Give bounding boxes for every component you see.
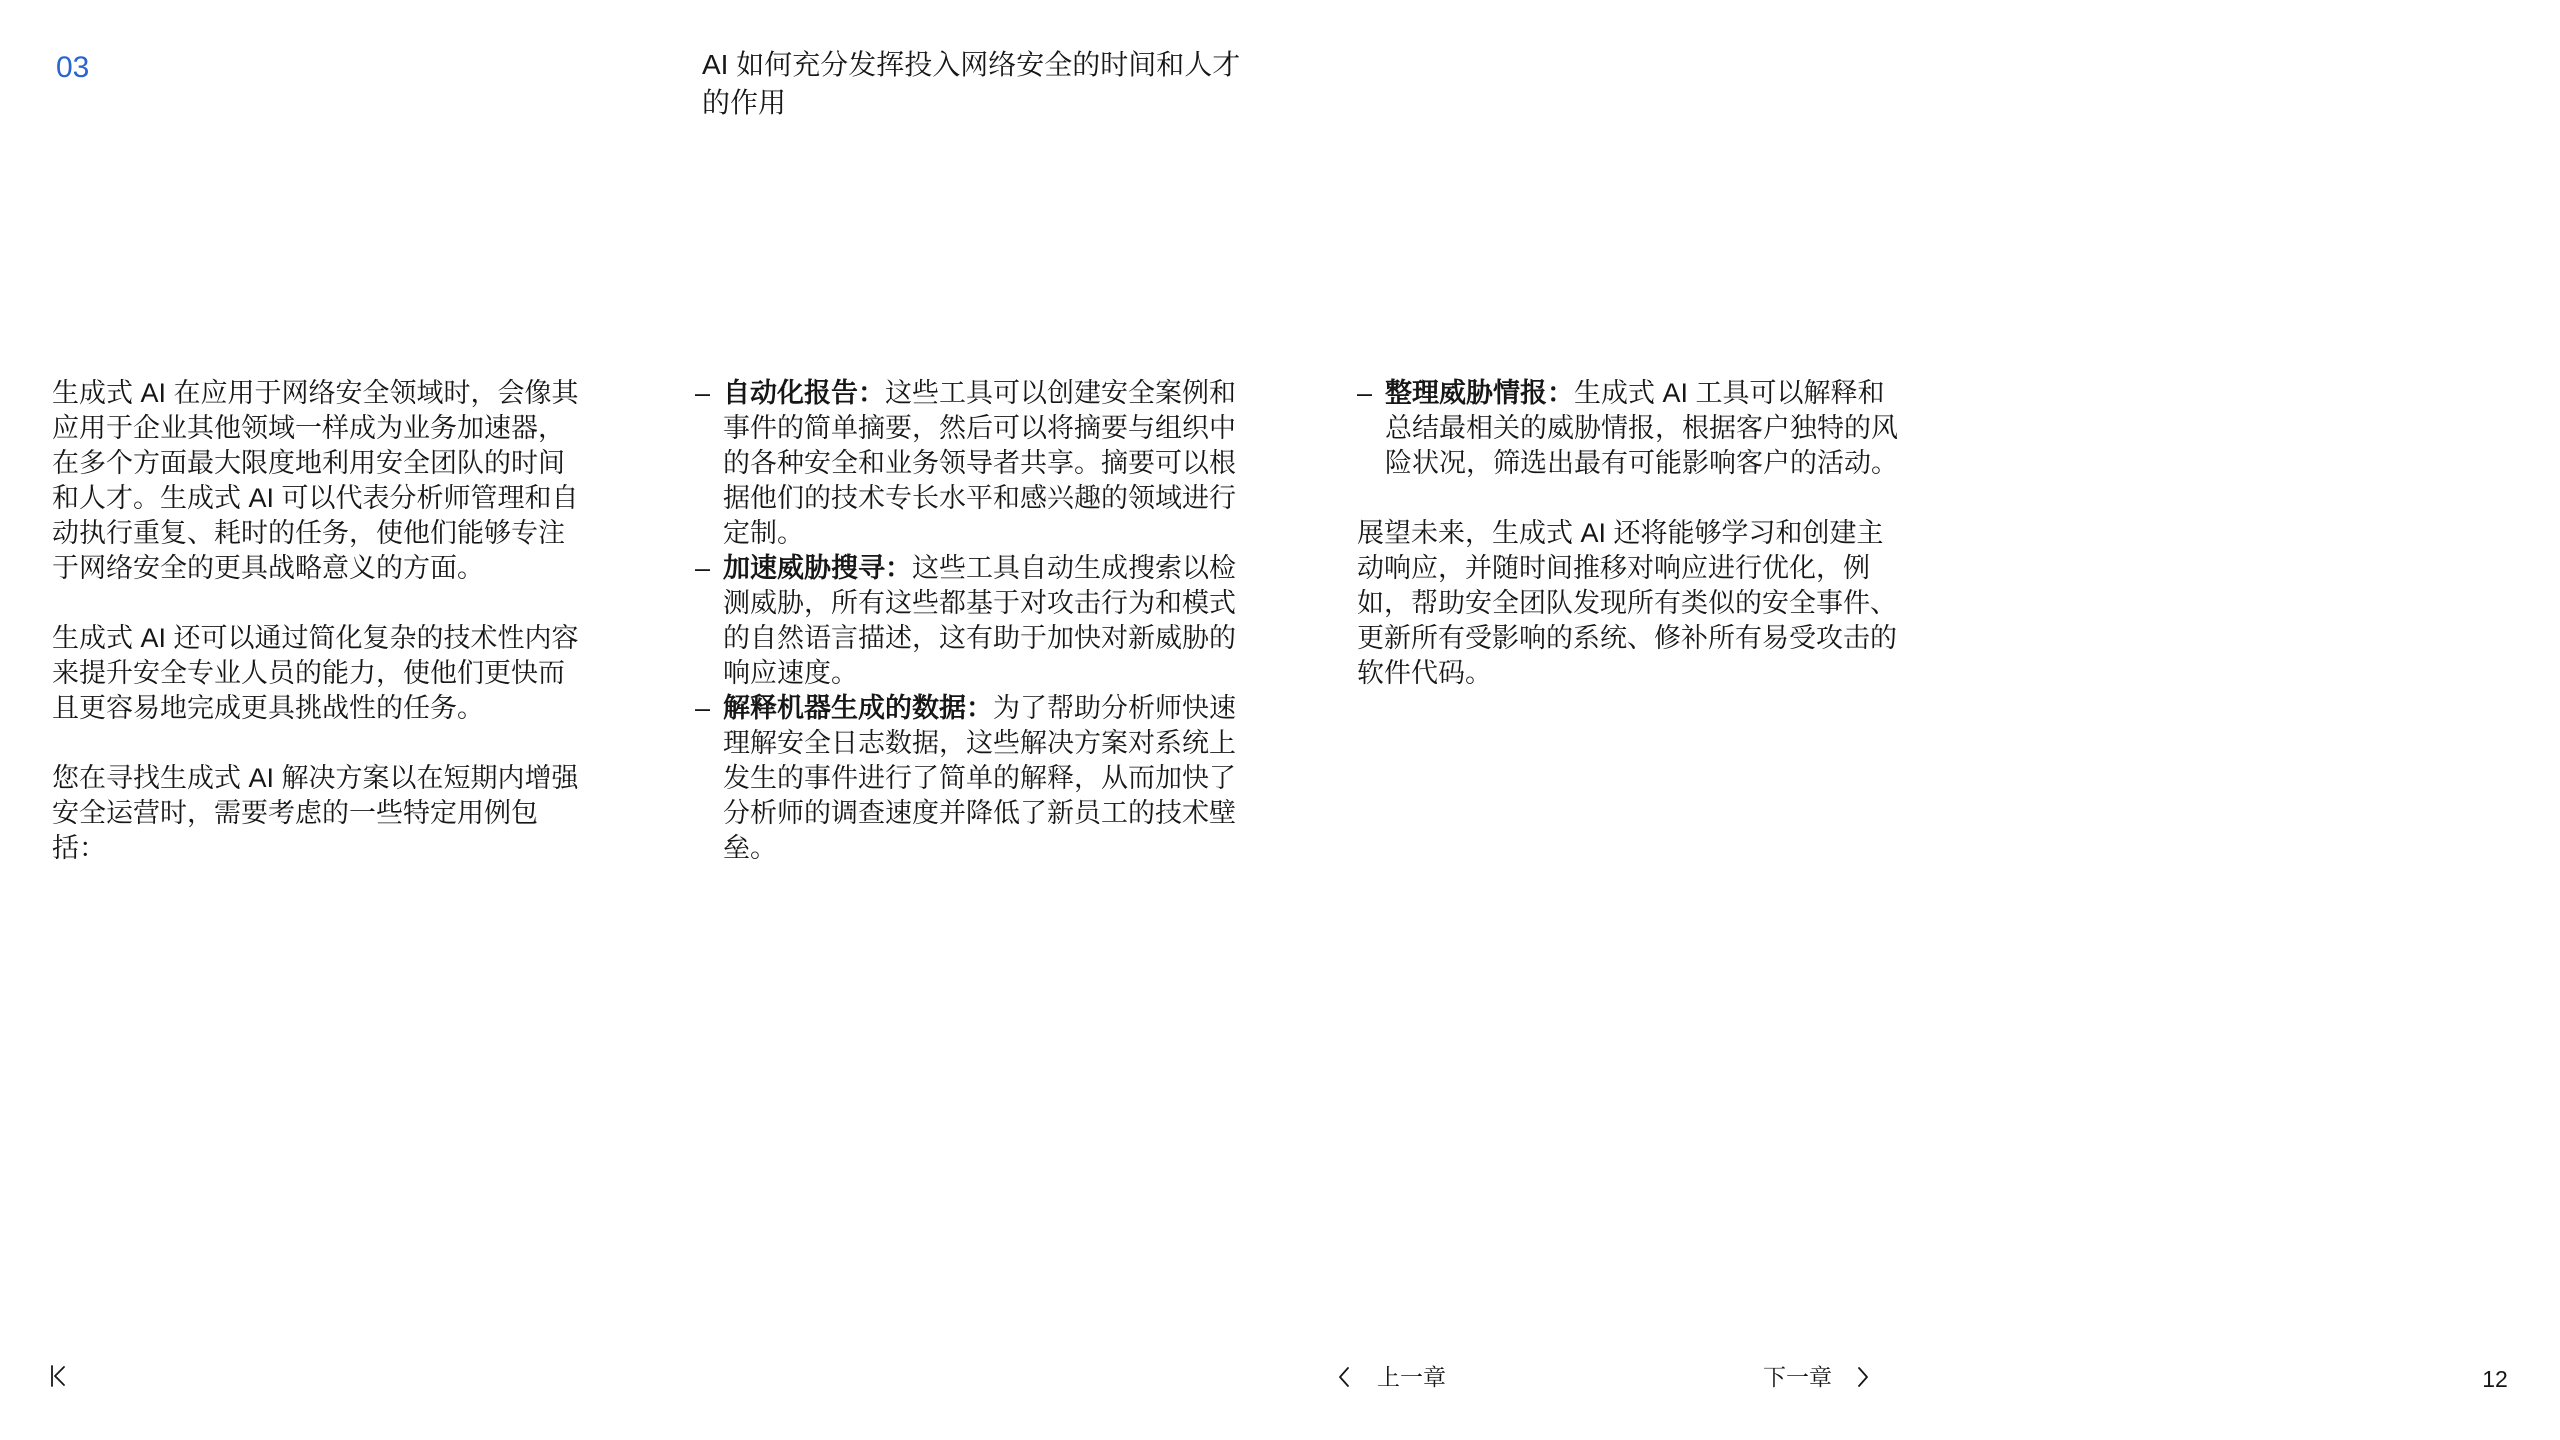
document-page: 03 AI 如何充分发挥投入网络安全的时间和人才的作用 生成式 AI 在应用于网…: [0, 0, 2560, 1440]
chevron-left-icon: [1338, 1366, 1351, 1388]
body-paragraph: 生成式 AI 还可以通过简化复杂的技术性内容来提升安全专业人员的能力，使他们更快…: [52, 621, 587, 726]
chapter-number: 03: [56, 50, 89, 86]
use-case-list: 整理威胁情报：生成式 AI 工具可以解释和总结最相关的威胁情报，根据客户独特的风…: [1357, 376, 1905, 481]
previous-chapter-label: 上一章: [1377, 1362, 1446, 1392]
page-title: AI 如何充分发挥投入网络安全的时间和人才的作用: [702, 46, 1262, 122]
use-case-list: 自动化报告：这些工具可以创建安全案例和事件的简单摘要，然后可以将摘要与组织中的各…: [695, 376, 1240, 866]
text-column-1: 生成式 AI 在应用于网络安全领域时，会像其应用于企业其他领域一样成为业务加速器…: [52, 376, 587, 866]
next-chapter-label: 下一章: [1763, 1362, 1832, 1392]
bullet-item: 自动化报告：这些工具可以创建安全案例和事件的简单摘要，然后可以将摘要与组织中的各…: [695, 376, 1240, 551]
skip-to-first-icon: [50, 1364, 68, 1388]
body-paragraph: 您在寻找生成式 AI 解决方案以在短期内增强安全运营时，需要考虑的一些特定用例包…: [52, 761, 587, 866]
bullet-item: 加速威胁搜寻：这些工具自动生成搜索以检测威胁，所有这些都基于对攻击行为和模式的自…: [695, 551, 1240, 691]
body-paragraph: 生成式 AI 在应用于网络安全领域时，会像其应用于企业其他领域一样成为业务加速器…: [52, 376, 587, 586]
next-chapter-button[interactable]: 下一章: [1763, 1362, 1869, 1392]
text-column-3: 整理威胁情报：生成式 AI 工具可以解释和总结最相关的威胁情报，根据客户独特的风…: [1357, 376, 1905, 691]
bullet-label: 加速威胁搜寻：: [723, 553, 912, 583]
bullet-label: 解释机器生成的数据：: [723, 693, 993, 723]
bullet-item: 解释机器生成的数据：为了帮助分析师快速理解安全日志数据，这些解决方案对系统上发生…: [695, 691, 1240, 866]
first-page-button[interactable]: [50, 1364, 68, 1388]
bullet-label: 自动化报告：: [723, 378, 885, 408]
bullet-label: 整理威胁情报：: [1385, 378, 1574, 408]
page-number: 12: [2470, 1364, 2520, 1394]
body-paragraph: 展望未来，生成式 AI 还将能够学习和创建主动响应，并随时间推移对响应进行优化，…: [1357, 516, 1905, 691]
text-column-2: 自动化报告：这些工具可以创建安全案例和事件的简单摘要，然后可以将摘要与组织中的各…: [695, 376, 1240, 866]
bullet-item: 整理威胁情报：生成式 AI 工具可以解释和总结最相关的威胁情报，根据客户独特的风…: [1357, 376, 1905, 481]
chevron-right-icon: [1856, 1366, 1869, 1388]
previous-chapter-button[interactable]: 上一章: [1338, 1362, 1446, 1392]
